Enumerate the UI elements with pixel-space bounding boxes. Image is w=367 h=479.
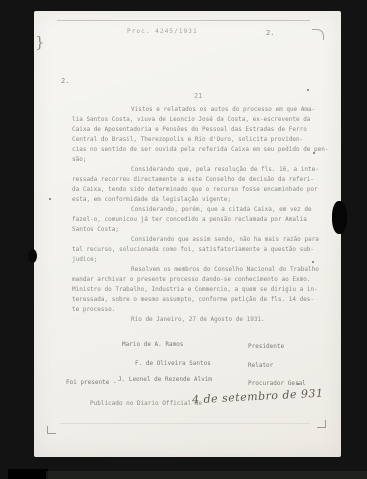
typed-line: da Caixa, tendo sido determinado que o r… [72,185,334,195]
document-page: } Proc. 4245/1931 2. 2. 21 Vistos e rela… [34,11,341,457]
scan-blot-left [28,249,37,263]
ink-speck [307,89,309,91]
typed-line: lia Santos Costa, viuva de Leoncio José … [72,115,334,125]
signature-president-name: Mario de A. Ramos [122,341,183,348]
typed-body: Vistos e relatados os autos do processo … [72,105,334,325]
scan-notch-bottom-left [8,469,48,479]
pencil-rule-bottom [60,423,310,424]
signature-president-role: Presidente [248,343,284,350]
typed-line: tal recurso, solucionada como foi, satis… [72,245,334,255]
publication-handwritten-date: 4 de setembro de 931 [192,387,324,407]
typed-line: te processo. [72,305,334,315]
typed-line: Rio de Janeiro, 27 de Agosto de 1931. [72,315,334,325]
typed-line: Vistos e relatados os autos do processo … [72,105,334,115]
typed-line: mandar archivar o presente processo dand… [72,275,334,285]
typed-line: Ministro do Trabalho, Industria e Commer… [72,285,334,295]
scanned-document: } Proc. 4245/1931 2. 2. 21 Vistos e rela… [0,0,367,479]
scan-blot-right [332,201,347,234]
publication-typed-text: Publicado no Diario Official de [90,400,202,407]
typed-line: Central do Brasil, Therezopolis e Rio d'… [72,135,334,145]
typed-line: teressada, sobre o mesmo assumpto, confo… [72,295,334,305]
ink-speck [49,198,51,200]
typed-line: ressada recorreu directamente a este Con… [72,175,334,185]
signature-relator-name: F. de Oliveira Santos [135,360,211,367]
folio-number: 21 [194,92,202,100]
typed-line: Santos Costa; [72,225,334,235]
signature-procurador-prefix: Foi presente - [66,379,117,386]
typed-line: Considerando que, pela resolução de fls.… [72,165,334,175]
ink-speck [313,152,315,154]
pencil-corner-bottom-left [47,426,56,434]
pencil-hook-mark [312,29,324,40]
process-number: Proc. 4245/1931 [127,28,198,35]
margin-number: 2. [61,77,69,85]
typed-line: são; [72,155,334,165]
typed-line: Resolvem os membros do Conselho Nacional… [72,265,334,275]
page-number: 2. [266,29,274,37]
typed-line: judice; [72,255,334,265]
typed-line: Caixa de Aposentadoria e Pensões do Pess… [72,125,334,135]
typed-line: fazel-o, comunicou já ter concedido a pe… [72,215,334,225]
signature-procurador-name: J. Leonel de Rezende Alvim [118,376,212,383]
signature-relator-role: Relator [248,362,273,369]
pencil-corner-bottom-right [317,420,326,428]
handwritten-bracket: } [35,33,45,51]
typed-line: cias no sentido de ser ouvida pela refer… [72,145,334,155]
typed-line: esta, em conformidade da legislação vige… [72,195,334,205]
typed-line: Considerando que assim sendo, não ha mai… [72,235,334,245]
typed-line: Considerando, porém, que a citada Caixa,… [72,205,334,215]
ink-speck [312,261,314,263]
ink-speck [297,383,299,385]
scan-strip-bottom [46,471,367,479]
pencil-rule-top [57,20,310,21]
